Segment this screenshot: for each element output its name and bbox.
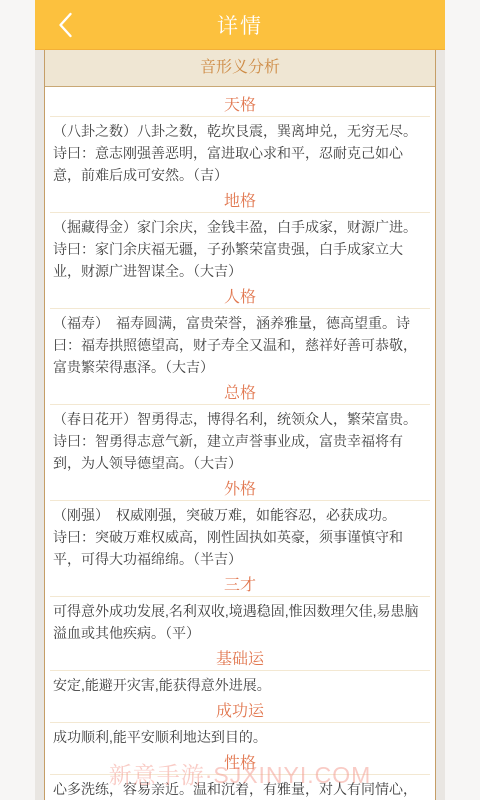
scroll-area[interactable]: 音形义分析 天格 （八卦之数）八卦之数，乾坎艮震，巽离坤兑，无穷无尽。诗曰：意志…: [35, 50, 445, 800]
section-title: 外格: [45, 477, 435, 500]
section-text: 可得意外成功发展,名利双收,境遇稳固,惟因数理欠佳,易患脑溢血或其他疾病。（平）: [45, 597, 435, 647]
analysis-section: 性格 心多洗练，容易亲近。温和沉着，有雅量，对人有同情心，: [45, 751, 435, 800]
section-title: 基础运: [45, 647, 435, 670]
analysis-section: 天格 （八卦之数）八卦之数，乾坎艮震，巽离坤兑，无穷无尽。诗曰：意志刚强善恶明，…: [45, 93, 435, 189]
page-title: 详情: [217, 10, 263, 40]
chevron-left-icon: [58, 12, 73, 38]
analysis-section: 成功运 成功顺利,能平安顺利地达到目的。: [45, 699, 435, 751]
back-button[interactable]: [43, 0, 87, 49]
analysis-section: 人格 （福寿） 福寿圆满，富贵荣誉，涵养雅量，德高望重。诗曰：福寿拱照德望高，财…: [45, 285, 435, 381]
section-title: 性格: [45, 751, 435, 774]
section-text: （掘藏得金）家门余庆，金钱丰盈，白手成家，财源广进。诗曰：家门余庆福无疆，子孙繁…: [45, 213, 435, 285]
section-title: 成功运: [45, 699, 435, 722]
section-text: （八卦之数）八卦之数，乾坎艮震，巽离坤兑，无穷无尽。诗曰：意志刚强善恶明，富进取…: [45, 117, 435, 189]
app-header: 详情: [35, 0, 445, 50]
analysis-section: 地格 （掘藏得金）家门余庆，金钱丰盈，白手成家，财源广进。诗曰：家门余庆福无疆，…: [45, 189, 435, 285]
section-title: 天格: [45, 93, 435, 116]
app-screen: 详情 音形义分析 天格 （八卦之数）八卦之数，乾坎艮震，巽离坤兑，无穷无尽。诗曰…: [35, 0, 445, 800]
section-text: （福寿） 福寿圆满，富贵荣誉，涵养雅量，德高望重。诗曰：福寿拱照德望高，财子寿全…: [45, 309, 435, 381]
analysis-card-title: 音形义分析: [45, 50, 435, 87]
section-text: 安定,能避开灾害,能获得意外进展。: [45, 671, 435, 699]
section-title: 人格: [45, 285, 435, 308]
section-title: 地格: [45, 189, 435, 212]
analysis-section: 三才 可得意外成功发展,名利双收,境遇稳固,惟因数理欠佳,易患脑溢血或其他疾病。…: [45, 573, 435, 647]
analysis-section: 总格 （春日花开）智勇得志，博得名利，统领众人，繁荣富贵。诗曰：智勇得志意气新，…: [45, 381, 435, 477]
section-text: （刚强） 权威刚强，突破万难，如能容忍，必获成功。 诗曰：突破万难权威高，刚性固…: [45, 501, 435, 573]
analysis-card: 音形义分析 天格 （八卦之数）八卦之数，乾坎艮震，巽离坤兑，无穷无尽。诗曰：意志…: [44, 50, 436, 800]
sections-list: 天格 （八卦之数）八卦之数，乾坎艮震，巽离坤兑，无穷无尽。诗曰：意志刚强善恶明，…: [45, 87, 435, 800]
section-text: 成功顺利,能平安顺利地达到目的。: [45, 723, 435, 751]
analysis-section: 外格 （刚强） 权威刚强，突破万难，如能容忍，必获成功。 诗曰：突破万难权威高，…: [45, 477, 435, 573]
analysis-section: 基础运 安定,能避开灾害,能获得意外进展。: [45, 647, 435, 699]
section-text: 心多洗练，容易亲近。温和沉着，有雅量，对人有同情心，: [45, 775, 435, 800]
section-title: 三才: [45, 573, 435, 596]
section-text: （春日花开）智勇得志，博得名利，统领众人，繁荣富贵。诗曰：智勇得志意气新，建立声…: [45, 405, 435, 477]
section-title: 总格: [45, 381, 435, 404]
